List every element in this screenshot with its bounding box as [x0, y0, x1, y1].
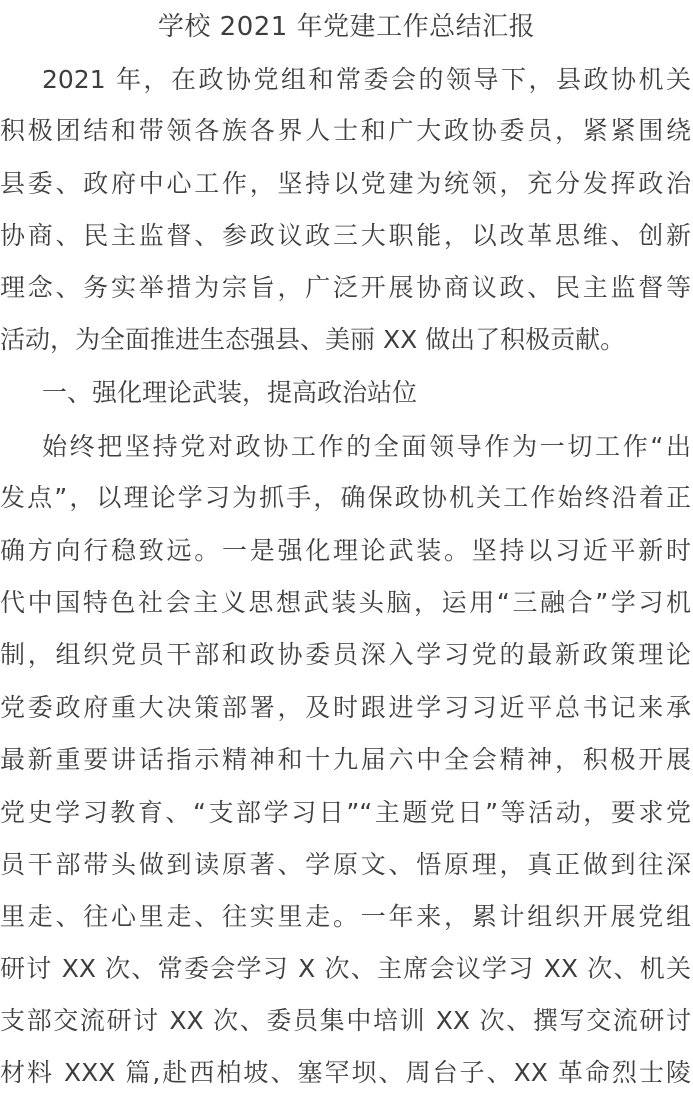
paragraph-section1-line-11: 研讨 XX 次、常委会学习 X 次、主席会议学习 XX 次、机关	[0, 951, 693, 987]
paragraph-section1-line-8: 党史学习教育、“支部学习日”“主题党日”等活动，要求党	[0, 795, 693, 831]
paragraph-section1-line-2: 发点”，以理论学习为抓手，确保政协机关工作始终沿着正	[0, 480, 693, 516]
section-heading-1: 一、强化理论武装，提高政治站位	[0, 375, 693, 411]
paragraph-intro-line-5: 理念、务实举措为宗旨，广泛开展协商议政、民主监督等	[0, 270, 693, 306]
paragraph-section1-line-13: 材料 XXX 篇,赴西柏坡、塞罕坝、周台子、XX 革命烈士陵	[0, 1055, 693, 1091]
paragraph-section1-line-1: 始终把坚持党对政协工作的全面领导作为一切工作“出	[0, 429, 693, 465]
paragraph-section1-line-10: 里走、往心里走、往实里走。一年来，累计组织开展党组	[0, 899, 693, 935]
paragraph-section1-line-6: 党委政府重大决策部署，及时跟进学习习近平总书记来承	[0, 690, 693, 726]
document-title: 学校 2021 年党建工作总结汇报	[0, 8, 693, 46]
paragraph-intro-line-4: 协商、民主监督、参政议政三大职能，以改革思维、创新	[0, 218, 693, 254]
paragraph-section1-line-4: 代中国特色社会主义思想武装头脑，运用“三融合”学习机	[0, 585, 693, 621]
paragraph-section1-line-12: 支部交流研讨 XX 次、委员集中培训 XX 次、撰写交流研讨	[0, 1003, 693, 1039]
paragraph-intro-line-1: 2021 年，在政协党组和常委会的领导下，县政协机关	[0, 62, 693, 98]
paragraph-section1-line-5: 制，组织党员干部和政协委员深入学习党的最新政策理论	[0, 637, 693, 673]
paragraph-intro-line-3: 县委、政府中心工作，坚持以党建为统领，充分发挥政治	[0, 166, 693, 202]
paragraph-section1-line-7: 最新重要讲话指示精神和十九届六中全会精神，积极开展	[0, 742, 693, 778]
paragraph-section1-line-9: 员干部带头做到读原著、学原文、悟原理，真正做到往深	[0, 847, 693, 883]
paragraph-intro-line-6: 活动，为全面推进生态强县、美丽 XX 做出了积极贡献。	[0, 322, 693, 358]
paragraph-section1-line-3: 确方向行稳致远。一是强化理论武装。坚持以习近平新时	[0, 533, 693, 569]
paragraph-intro-line-2: 积极团结和带领各族各界人士和广大政协委员，紧紧围绕	[0, 113, 693, 149]
